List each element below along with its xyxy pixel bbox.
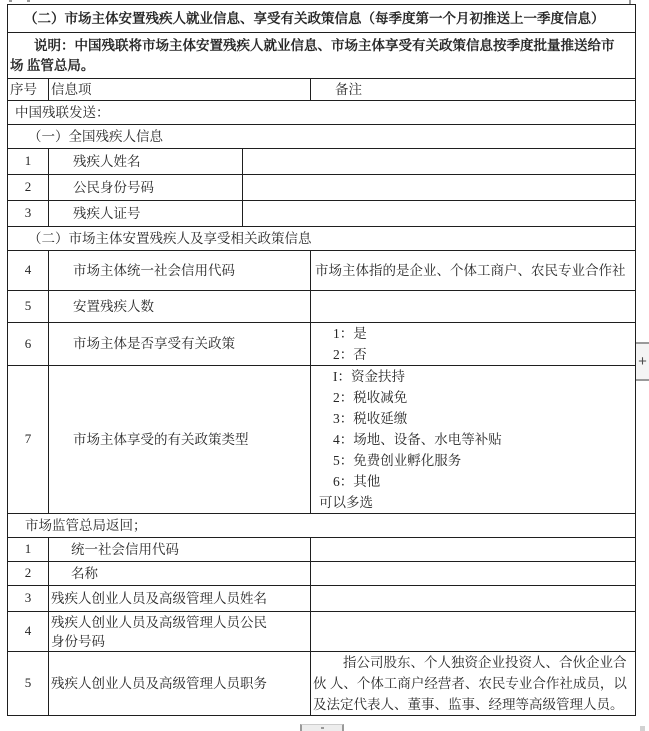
remark-line: 5：免费创业孵化服务 bbox=[313, 450, 633, 471]
row-seq: 4 bbox=[8, 612, 49, 652]
remark-line: 可以多选 bbox=[313, 492, 633, 513]
table-title: （二）市场主体安置残疾人就业信息、享受有关政策信息（每季度第一个月初推送上一季度… bbox=[8, 5, 636, 33]
group-row-sender: 中国残联发送： bbox=[8, 101, 636, 125]
remark-line: 1：是 bbox=[313, 323, 633, 344]
group-row-returner: 市场监管总局返回； bbox=[8, 514, 636, 538]
remark-line: 4：场地、设备、水电等补贴 bbox=[313, 429, 633, 450]
row-seq: 4 bbox=[8, 251, 49, 291]
col-header-item: 信息项 bbox=[49, 79, 311, 101]
row-item: 市场主体是否享受有关政策 bbox=[49, 323, 311, 366]
row-item: 残疾人创业人员及高级管理人员公民 身份号码 bbox=[49, 612, 311, 652]
section2-label: （二）市场主体安置残疾人及享受相关政策信息 bbox=[8, 227, 636, 251]
col-header-seq: 序号 bbox=[8, 79, 49, 101]
table-row: 4 残疾人创业人员及高级管理人员公民 身份号码 bbox=[8, 612, 636, 652]
edge-artifact bbox=[640, 726, 645, 731]
row-remark: 1：是 2：否 bbox=[311, 323, 636, 366]
row-value-cell bbox=[243, 201, 636, 227]
table-row: 7 市场主体享受的有关政策类型 I：资金扶持 2：税收减免 3：税收延缴 4：场… bbox=[8, 366, 636, 514]
row-seq: 1 bbox=[8, 149, 49, 175]
row-seq: 5 bbox=[8, 652, 49, 716]
note-line-2: 场 监管总局。 bbox=[10, 56, 633, 76]
row-item: 残疾人创业人员及高级管理人员姓名 bbox=[49, 586, 311, 612]
remark-line: 及法定代表人、董事、监事、经理等高级管理人员。 bbox=[313, 694, 633, 715]
info-table: （二）市场主体安置残疾人就业信息、享受有关政策信息（每季度第一个月初推送上一季度… bbox=[7, 4, 636, 716]
row-seq: 7 bbox=[8, 366, 49, 514]
section-row-2: （二）市场主体安置残疾人及享受相关政策信息 bbox=[8, 227, 636, 251]
section-row-1: （一）全国残疾人信息 bbox=[8, 125, 636, 149]
edge-artifact bbox=[27, 0, 30, 2]
handle-dot-icon bbox=[321, 727, 324, 729]
row-remark bbox=[311, 291, 636, 323]
row-seq: 2 bbox=[8, 562, 49, 586]
table-row: 5 残疾人创业人员及高级管理人员职务 指公司股东、个人独资企业投资人、合伙企业合… bbox=[8, 652, 636, 716]
row-remark bbox=[311, 562, 636, 586]
row-seq: 6 bbox=[8, 323, 49, 366]
row-item: 残疾人证号 bbox=[49, 201, 243, 227]
table-note-row: 说明：中国残联将市场主体安置残疾人就业信息、市场主体享受有关政策信息按季度批量推… bbox=[8, 33, 636, 79]
plus-button[interactable]: + bbox=[636, 344, 649, 379]
remark-line: 伙 人、个体工商户经营者、农民专业合作社成员，以 bbox=[313, 673, 633, 694]
row-item: 市场主体统一社会信用代码 bbox=[49, 251, 311, 291]
table-note: 说明：中国残联将市场主体安置残疾人就业信息、市场主体享受有关政策信息按季度批量推… bbox=[8, 33, 636, 79]
row-item: 安置残疾人数 bbox=[49, 291, 311, 323]
col-header-remark: 备注 bbox=[311, 79, 636, 101]
document-page: （二）市场主体安置残疾人就业信息、享受有关政策信息（每季度第一个月初推送上一季度… bbox=[0, 0, 649, 731]
table-row: 4 市场主体统一社会信用代码 市场主体指的是企业、个体工商户、农民专业合作社 bbox=[8, 251, 636, 291]
side-plus-control[interactable]: + bbox=[636, 342, 649, 381]
item-line: 身份号码 bbox=[51, 632, 308, 651]
returner-label: 市场监管总局返回； bbox=[8, 514, 636, 538]
table-row: 1 残疾人姓名 bbox=[8, 149, 636, 175]
row-remark: 市场主体指的是企业、个体工商户、农民专业合作社 bbox=[311, 251, 636, 291]
row-item: 统一社会信用代码 bbox=[49, 538, 311, 562]
row-item: 残疾人创业人员及高级管理人员职务 bbox=[49, 652, 311, 716]
item-line: 残疾人创业人员及高级管理人员公民 bbox=[51, 613, 308, 632]
table-row: 1 统一社会信用代码 bbox=[8, 538, 636, 562]
table-header-row: 序号 信息项 备注 bbox=[8, 79, 636, 101]
row-seq: 5 bbox=[8, 291, 49, 323]
edge-artifact bbox=[9, 0, 12, 2]
row-remark bbox=[311, 538, 636, 562]
remark-line: 市场主体指的是企业、个体工商户、农民专业合作社 bbox=[313, 260, 633, 281]
remark-line: 2：否 bbox=[313, 344, 633, 365]
table-row: 2 名称 bbox=[8, 562, 636, 586]
table-row: 5 安置残疾人数 bbox=[8, 291, 636, 323]
table-title-row: （二）市场主体安置残疾人就业信息、享受有关政策信息（每季度第一个月初推送上一季度… bbox=[8, 5, 636, 33]
row-value-cell bbox=[243, 149, 636, 175]
table-row: 6 市场主体是否享受有关政策 1：是 2：否 bbox=[8, 323, 636, 366]
section1-label: （一）全国残疾人信息 bbox=[8, 125, 636, 149]
remark-line: I：资金扶持 bbox=[313, 366, 633, 387]
remark-line: 6：其他 bbox=[313, 471, 633, 492]
table-row: 3 残疾人证号 bbox=[8, 201, 636, 227]
row-remark: 指公司股东、个人独资企业投资人、合伙企业合 伙 人、个体工商户经营者、农民专业合… bbox=[311, 652, 636, 716]
row-item: 市场主体享受的有关政策类型 bbox=[49, 366, 311, 514]
remark-line: 3：税收延缴 bbox=[313, 408, 633, 429]
row-value-cell bbox=[243, 175, 636, 201]
table-row: 3 残疾人创业人员及高级管理人员姓名 bbox=[8, 586, 636, 612]
row-seq: 1 bbox=[8, 538, 49, 562]
row-item: 公民身份号码 bbox=[49, 175, 243, 201]
row-remark bbox=[311, 586, 636, 612]
row-seq: 3 bbox=[8, 586, 49, 612]
remark-line: 指公司股东、个人独资企业投资人、合伙企业合 bbox=[313, 652, 633, 673]
sender-label: 中国残联发送： bbox=[8, 101, 636, 125]
row-seq: 3 bbox=[8, 201, 49, 227]
row-item: 残疾人姓名 bbox=[49, 149, 243, 175]
plus-icon: + bbox=[638, 353, 647, 370]
bottom-handle[interactable] bbox=[300, 724, 344, 731]
row-remark: I：资金扶持 2：税收减免 3：税收延缴 4：场地、设备、水电等补贴 5：免费创… bbox=[311, 366, 636, 514]
row-seq: 2 bbox=[8, 175, 49, 201]
table-row: 2 公民身份号码 bbox=[8, 175, 636, 201]
remark-line: 2：税收减免 bbox=[313, 387, 633, 408]
side-widget-bottom-bar bbox=[636, 379, 649, 381]
note-line-1: 说明：中国残联将市场主体安置残疾人就业信息、市场主体享受有关政策信息按季度批量推… bbox=[10, 36, 633, 56]
row-remark bbox=[311, 612, 636, 652]
row-item: 名称 bbox=[49, 562, 311, 586]
